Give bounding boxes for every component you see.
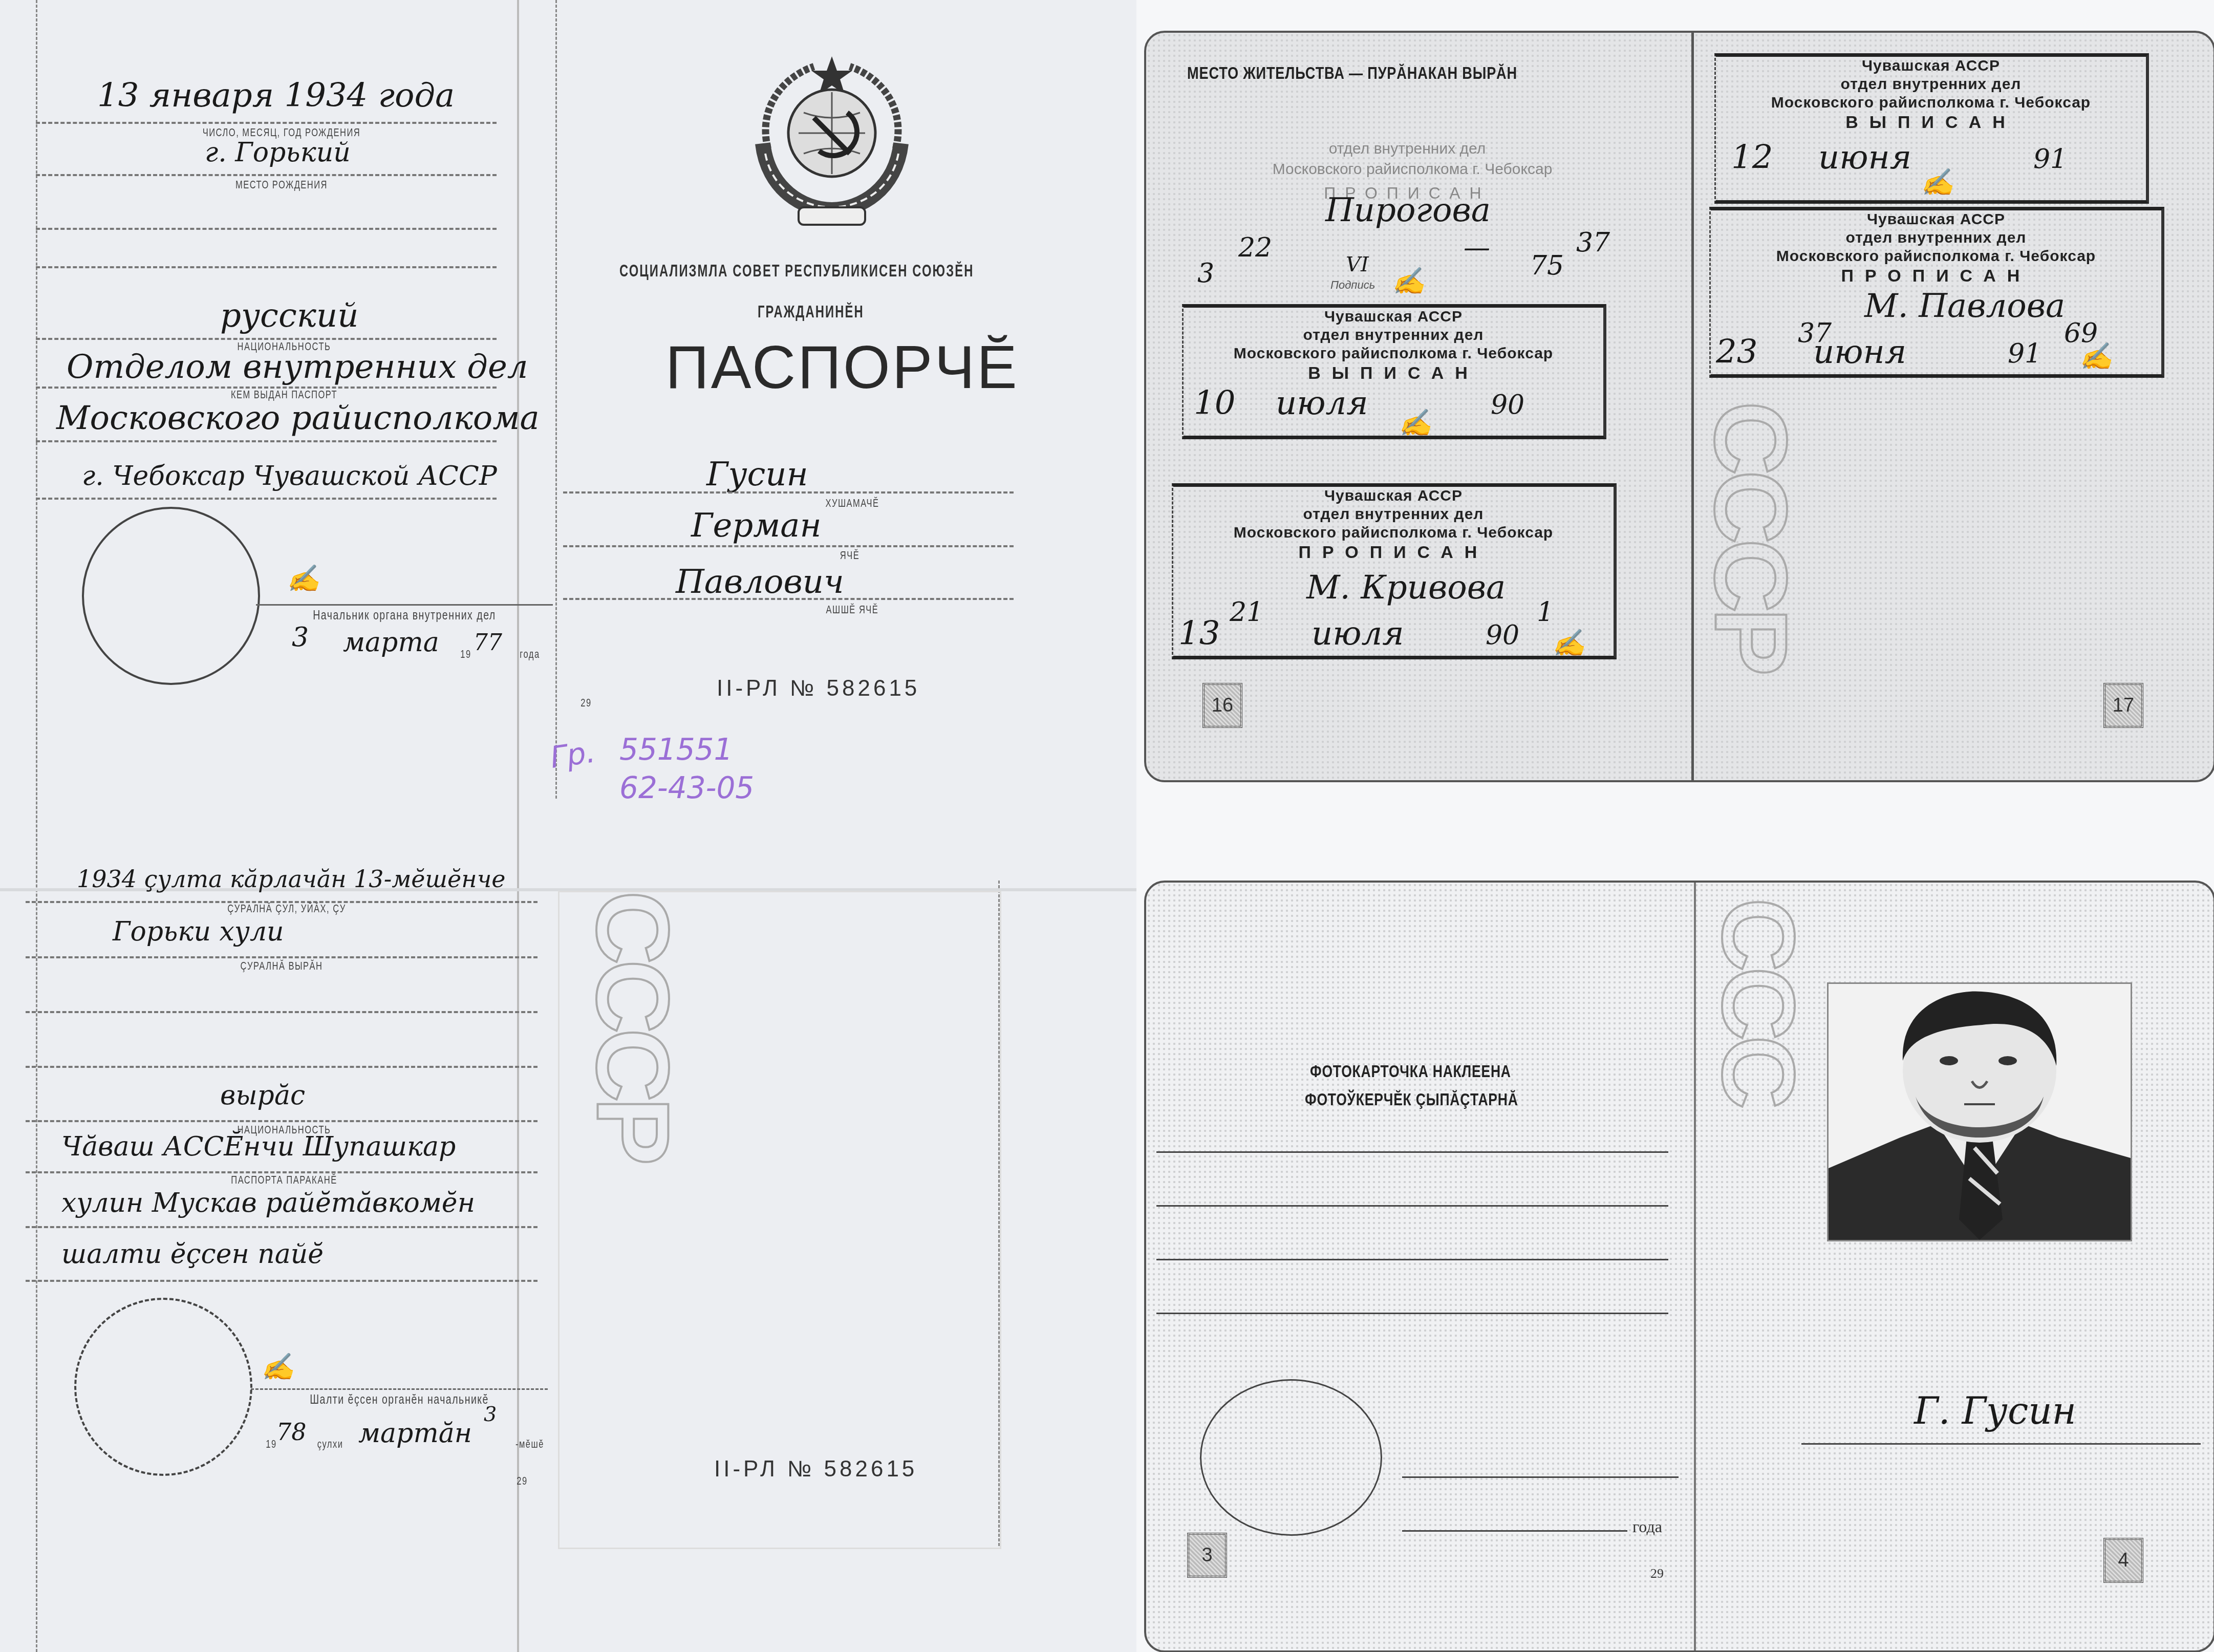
issued-by-cv-line-2: хулин Мускав райĕтăвкомĕн <box>61 1188 475 1218</box>
stamp-korp: — <box>1464 232 1490 263</box>
rule-line <box>1156 1205 1668 1207</box>
stamp-action: ПРОПИСАН <box>1711 266 2161 286</box>
stamp-year: 90 <box>1491 390 1524 420</box>
chief-signature-cv-caption: Шалти ĕçсен органĕн начальникĕ <box>281 1391 519 1407</box>
stamp-action: ВЫПИСАН <box>1184 363 1603 383</box>
photo-caption-cv: ФОТОЎКЕРЧĔК ÇЫПĂÇТАРНĂ <box>1305 1090 1518 1110</box>
nationality-value: русский <box>220 297 358 335</box>
signature-line <box>256 604 553 606</box>
page-gutter <box>1694 883 1696 1650</box>
seal-placeholder <box>1200 1379 1382 1536</box>
stamp-day: 23 <box>1716 333 1757 371</box>
rule-line <box>1156 1259 1668 1260</box>
field-line <box>563 598 1014 600</box>
right-scan: МЕСТО ЖИТЕЛЬСТВА — ПУРĂНАКАН ВЫРĂН отдел… <box>1136 0 2214 1652</box>
stamp-month: июня <box>1818 139 1911 177</box>
issued-by-line-1: Отделом внутренних дел <box>67 348 528 386</box>
citizen-line: ГРАЖДАНИНĔН <box>758 302 864 322</box>
passport-serial: II-РЛ № 582615 <box>717 676 920 701</box>
watermark-ornament-icon: ССС <box>1709 898 1807 1104</box>
first-name-label: ЯЧĔ <box>834 549 865 562</box>
patronymic-value: Павлович <box>676 563 844 601</box>
page-number-badge: 3 <box>1187 1533 1227 1578</box>
stamp-line: Московского райисполкома г. Чебоксар <box>1173 524 1614 542</box>
purple-note-line-1: 551551 <box>619 732 733 767</box>
stamp-signature: ✍ <box>1921 167 1954 198</box>
field-line <box>36 122 497 124</box>
page-number-small: 29 <box>1650 1566 1664 1581</box>
issue-cv-day: 3 <box>484 1403 497 1426</box>
stamp-line: отдел внутренних дел <box>1173 505 1614 524</box>
photo-pages: ФОТОКАРТОЧКА НАКЛЕЕНА ФОТОЎКЕРЧĔК ÇЫПĂÇТ… <box>1144 881 2214 1652</box>
field-line <box>26 1280 538 1282</box>
stamp-action: ВЫПИСАН <box>1716 112 2146 133</box>
nationality-cv-value: вырăс <box>220 1080 305 1111</box>
stamp-house: 22 <box>1238 232 1272 263</box>
stamp-year: 91 <box>2033 144 2067 175</box>
page-number-badge: 16 <box>1202 683 1242 728</box>
issue-day: 3 <box>292 622 309 653</box>
field-line <box>26 1066 538 1068</box>
field-line <box>36 266 497 268</box>
stamp-signature: ✍ <box>1392 266 1425 297</box>
issue-year-suffix: года <box>512 648 547 661</box>
stamp-day: 10 <box>1194 384 1235 422</box>
stamp-year: 75 <box>1530 250 1564 281</box>
issue-cv-year-suffix: çулхи <box>313 1438 348 1451</box>
issue-year: 77 <box>474 630 502 656</box>
surname-value: Гусин <box>706 456 808 494</box>
stamp-line: отдел внутренних дел <box>1228 140 1586 158</box>
purple-note-prefix: Гр. <box>548 734 597 775</box>
issued-by-cv-label: ПАСПОРТА ПАРАКАНĔ <box>217 1173 352 1187</box>
stamp-month: июля <box>1312 615 1404 653</box>
stamp-house: 21 <box>1230 597 1263 628</box>
birth-date-cv-label: ÇУРАЛНĂ ÇУЛ, УЙĂХ, ÇУ <box>210 902 363 915</box>
stamp-day: 13 <box>1178 615 1220 653</box>
rule-line <box>1156 1151 1668 1153</box>
birth-place-value: г. Горький <box>205 137 351 168</box>
stamp-line: отдел внутренних дел <box>1184 326 1603 345</box>
field-line <box>26 1226 538 1228</box>
stamp-day: 12 <box>1731 139 1773 177</box>
issue-cv-year: 78 <box>276 1418 307 1446</box>
field-line <box>563 545 1014 547</box>
stamp-caption: Подпись <box>1330 278 1375 292</box>
stamp-action: ПРОПИСАН <box>1173 542 1614 563</box>
issued-by-cv-line-1: Чăваш АССĔнчи Шупашкар <box>61 1131 456 1162</box>
issued-by-cv-line-3: шалти ĕçсен пайĕ <box>61 1239 324 1270</box>
stamp-line: Московского райисполкома г. Чебоксар <box>1184 345 1603 363</box>
stamp-month: VI <box>1346 253 1369 276</box>
stamp-line: Чувашская АССР <box>1173 487 1614 505</box>
stamp-year: 91 <box>2008 338 2041 369</box>
birth-place-label: МЕСТО РОЖДЕНИЯ <box>224 178 339 191</box>
stamp-street: Пирогова <box>1325 191 1491 229</box>
issue-month: марта <box>343 627 439 658</box>
patronymic-label: АШШĔ ЯЧĔ <box>824 603 882 616</box>
margin-line <box>36 0 37 1652</box>
page-number-badge: 4 <box>2103 1538 2143 1583</box>
field-line <box>36 174 497 176</box>
field-line <box>26 1011 538 1013</box>
field-line <box>36 498 497 500</box>
stamp-line: Чувашская АССР <box>1716 57 2146 75</box>
birth-date-value: 13 января 1934 года <box>97 77 455 115</box>
chief-signature-caption: Начальник органа внутренних дел <box>282 607 527 623</box>
signature-line <box>1402 1476 1679 1478</box>
stamp-signature: ✍ <box>2079 341 2113 372</box>
stamp-month: июня <box>1813 333 1906 371</box>
field-line <box>26 1120 538 1122</box>
portrait-photo <box>1827 982 2132 1241</box>
deregistration-stamp: Чувашская АССР отдел внутренних дел Моск… <box>1182 304 1606 439</box>
birth-place-cv-value: Горьки хули <box>113 916 284 947</box>
residence-header: МЕСТО ЖИТЕЛЬСТВА — ПУРĂНАКАН ВЫРĂН <box>1187 63 1517 83</box>
issue-cv-day-suffix: -мĕшĕ <box>512 1438 547 1451</box>
first-name-value: Герман <box>691 507 822 545</box>
stamp-signature: ✍ <box>1399 407 1432 439</box>
field-line <box>563 491 1014 494</box>
registration-pages: МЕСТО ЖИТЕЛЬСТВА — ПУРĂНАКАН ВЫРĂН отдел… <box>1144 31 2214 782</box>
stamp-apartment: 1 <box>1537 597 1554 628</box>
date-line-suffix: года <box>1632 1517 1662 1536</box>
surname-label: ХУШАМАЧĔ <box>824 497 882 510</box>
registration-stamp: отдел внутренних дел Московского райиспо… <box>1177 120 1632 289</box>
stamp-line: Московского райисполкома г. Чебоксар <box>1716 94 2146 112</box>
stamp-signature: ✍ <box>1552 628 1585 659</box>
watermark-ornament-icon: СССР <box>584 891 681 1161</box>
deregistration-stamp: Чувашская АССР отдел внутренних дел Моск… <box>1714 53 2149 204</box>
passport-title: ПАСПОРЧĔ <box>665 333 1019 402</box>
margin-line <box>555 0 557 799</box>
chief-signature-cv: ✍ <box>261 1351 294 1383</box>
page-number: 29 <box>576 696 596 710</box>
stamp-apartment: 37 <box>1576 227 1610 258</box>
stamp-line: Московского райисполкома г. Чебоксар <box>1711 247 2161 266</box>
stamp-year: 90 <box>1486 620 1519 651</box>
country-line: СОЦИАЛИЗМЛА СОВЕТ РЕСПУБЛИКИСЕН СОЮЗĔН <box>619 261 1014 281</box>
stamp-line: Чувашская АССР <box>1184 308 1603 326</box>
field-line <box>36 440 497 442</box>
page-number: 29 <box>514 1474 530 1488</box>
signature-line <box>1801 1443 2201 1445</box>
stamp-line: отдел внутренних дел <box>1716 75 2146 94</box>
field-line <box>36 228 497 230</box>
stamp-day: 3 <box>1197 258 1214 289</box>
watermark-ornament-icon: СССР <box>1702 401 1799 671</box>
official-seal <box>82 507 260 685</box>
photo-caption-ru: ФОТОКАРТОЧКА НАКЛЕЕНА <box>1310 1062 1511 1082</box>
birth-date-cv-value: 1934 çулта кăрлачăн 13-мĕшĕнче <box>77 865 505 893</box>
ussr-emblem-icon <box>737 46 927 235</box>
issue-cv-month: мартăн <box>358 1418 472 1449</box>
stamp-line: Московского райисполкома г. Чебоксар <box>1208 161 1617 178</box>
passport-serial: II-РЛ № 582615 <box>714 1456 917 1482</box>
stamp-street: М. Кривова <box>1306 569 1506 607</box>
issued-by-line-2: Московского райисполкома <box>56 399 540 437</box>
rule-line <box>1156 1313 1668 1314</box>
page-number-badge: 17 <box>2103 683 2143 728</box>
stamp-street: М. Павлова <box>1864 287 2065 325</box>
stamp-line: Чувашская АССР <box>1711 210 2161 229</box>
date-line <box>1402 1530 1627 1532</box>
issued-by-line-3: г. Чебоксар Чувашской АССР <box>82 461 497 491</box>
stamp-line: отдел внутренних дел <box>1711 229 2161 247</box>
registration-stamp: Чувашская АССР отдел внутренних дел Моск… <box>1709 207 2164 378</box>
holder-signature: Г. Гусин <box>1914 1389 2076 1432</box>
chief-signature: ✍ <box>287 563 320 594</box>
left-scan: 13 января 1934 года ЧИСЛО, МЕСЯЦ, ГОД РО… <box>0 0 1136 1652</box>
official-seal <box>74 1298 252 1476</box>
registration-stamp: Чувашская АССР отдел внутренних дел Моск… <box>1172 483 1617 659</box>
birth-place-cv-label: ÇУРАЛНĂ ВЫРĂН <box>224 959 339 973</box>
stamp-month: июля <box>1276 384 1368 422</box>
purple-note-line-2: 62-43-05 <box>619 770 754 805</box>
field-line <box>26 956 538 958</box>
portrait-photo-icon <box>1829 984 2131 1240</box>
signature-line <box>251 1388 548 1390</box>
